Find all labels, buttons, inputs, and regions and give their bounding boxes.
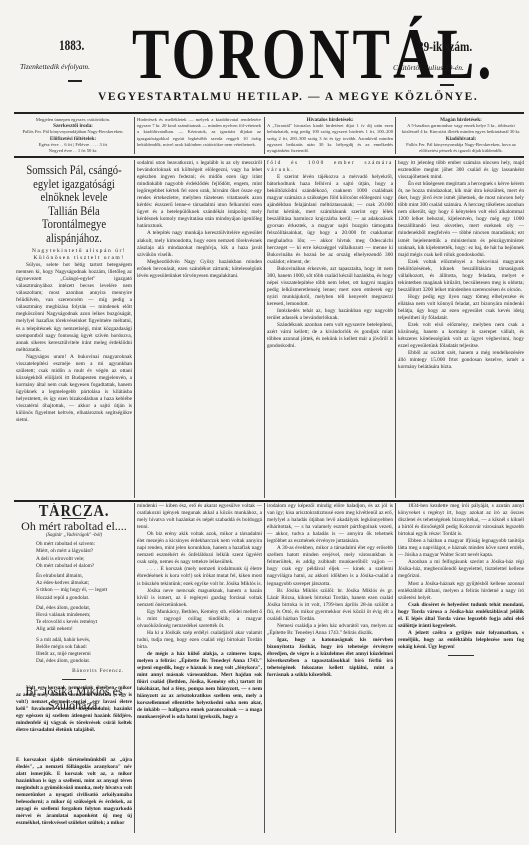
end-rule <box>448 655 474 656</box>
poem-stanza: Oh mért raboltad el szivem: Miért, oh mé… <box>36 541 132 570</box>
year: 1883. <box>59 38 84 55</box>
josika-col-3: irodalom egy képezői mindig előre haladj… <box>267 503 393 833</box>
paragraph: Nagyságos uram! A bukovinai magyaroknak … <box>16 354 132 424</box>
info-text: Pallós Fer. Pál könyvnyomdája Nagy-Becsk… <box>398 142 524 154</box>
salutation: Különösen tisztelt uram! <box>16 255 132 262</box>
newspaper-page: 1883. Tizenkettedik évfolyam. TORONTÁL. … <box>0 0 529 845</box>
josika-col-1: E korszakot újabb történelmünkből az „új… <box>16 757 132 833</box>
column-divider <box>395 160 396 498</box>
josika-col-1-intro: Volt egy korszak nemzetünk életében, mik… <box>16 685 132 757</box>
poem-line: S a mit adál, habár kevés, <box>36 637 132 644</box>
info-private-notices: Magán hirdetések: A 5-hasábos garmondsor… <box>398 117 524 154</box>
info-bottom-rule <box>14 156 524 158</box>
column-divider <box>395 503 396 833</box>
column-divider <box>395 117 396 154</box>
subtitle: VEGYESTARTALMU HETILAP. — A MEGYE KÖZLÖN… <box>98 91 478 103</box>
paragraph: sodalmi uton beavatkozni, s legalább is … <box>137 160 262 230</box>
paragraph: Megkezdődvén Nagy Győzy hazánkban minden… <box>137 259 262 280</box>
column-2-letter: sodalmi uton beavatkozni, s legalább is … <box>137 160 262 498</box>
issue-date: Csütörtök, julius 19-én. <box>393 63 464 72</box>
info-official-notices: Hivatalos hirdetések: A „Torontál" hivat… <box>267 117 393 154</box>
paragraph: Bukovinában érkezvén, azt tapasztalta, h… <box>267 266 393 308</box>
info-text: A 5-hasábos garmondsor vagy ennek helye … <box>398 123 524 135</box>
poem-author: Bánovits Ferencz. <box>16 668 132 675</box>
paragraph: Volt egy korszak nemzetünk életében, mik… <box>16 685 132 734</box>
masthead: 1883. Tizenkettedik évfolyam. TORONTÁL. … <box>0 0 529 100</box>
paragraph: mindenki — kiben ész, erő és akarat egye… <box>137 503 262 531</box>
paragraph: Ezek voltak előzményei a bukovinai magya… <box>398 259 524 294</box>
info-text: Hirdetések és mellékletek — melyek a kia… <box>137 117 261 148</box>
josika-col-4: 1834-ben kezdette meg írói pályáját, s a… <box>398 503 524 833</box>
paragraph: Oh biz erény akik voltak azok, mikor a t… <box>137 531 262 566</box>
josika-col-2: mindenki — kiben ész, erő és akarat egye… <box>137 503 262 833</box>
paragraph: Hogy pedig egy ilyen nagy tömeg elhelyez… <box>398 294 524 322</box>
issue-number: 29-ik szám. <box>418 40 472 56</box>
poem: Oh mért raboltad el szivem: Miért, oh mé… <box>16 541 132 665</box>
paragraph: irodalom egy képezői mindig előre haladj… <box>267 503 393 545</box>
poem-line: Hozzád repül a gondolat. <box>36 595 132 602</box>
poem-line: Illetőt az, mijé megteremi <box>36 651 132 658</box>
info-text: Negyed évre . . 1 frt 50 kr. <box>14 148 132 154</box>
poem-stanza: Én elrabolatd álmaim, Az édes-kedves álm… <box>36 573 132 602</box>
paragraph: Ebben a házban a magyar ifjúság legnagyo… <box>398 538 524 559</box>
paragraph: A telepítés nagy munkája keresztülvitelé… <box>137 230 262 258</box>
paragraph: Ha ki a Jósikák szép erdélyi családjáról… <box>137 630 262 651</box>
paragraph: Igaz, hogy a katonaságnak kis mérvben bi… <box>267 637 393 679</box>
poem-line: Az édes-kedves álmokat; <box>36 580 132 587</box>
info-text: A „Torontál" hivatalos kiadó hirdetései … <box>267 123 393 154</box>
paragraph: Intézkedés tehát az, hogy hazánkban egy … <box>267 308 393 322</box>
poem-line: Te elrovolld s kevés reményt <box>36 619 132 626</box>
column-divider <box>264 117 265 154</box>
poem-line: Oh mért raboltad el szivem: <box>36 541 132 548</box>
paragraph: Br. Jósika Miklós szülői: br. Jósika Mik… <box>267 588 393 623</box>
info-advertising: Hirdetések és mellékletek — melyek a kia… <box>137 117 261 154</box>
paragraph: de mégis a ház külső alakja, a czimeres … <box>137 651 262 721</box>
paragraph: E szerint lévén tájékozva a mérvadó hely… <box>267 174 393 266</box>
salutation: Nagytekintetű alispán úr! <box>16 248 132 255</box>
paragraph: A 30-as években, mikor a társadalmi élet… <box>267 545 393 587</box>
ornament-rule <box>62 679 86 680</box>
paragraph: A jelzett czélra a gyűjtés már folyamatb… <box>398 630 524 651</box>
info-publication: Megjelen ünnepen egyszer, csütörtökön. S… <box>14 117 132 154</box>
article-headline: Somssich Pál, csángó-egylet igazgatósági… <box>25 164 124 245</box>
paragraph: Most a Jósika-háznak egy gyűjtésből kell… <box>398 581 524 602</box>
column-4-letter: hogy itt jelenleg több ember számára nin… <box>398 160 524 498</box>
poem-subtitle: (Sagitár „Vadvirágok" -ból) <box>16 532 132 539</box>
poem-line: Dal, édes álom, gondolat, <box>36 605 132 612</box>
paragraph: föld és 1000 ember számára várunk. <box>267 160 393 174</box>
top-rule <box>14 112 524 114</box>
paragraph: Ezek volt első előzmény, melyben nem csa… <box>398 322 524 350</box>
poem-line: S titkon — míg hogy él, — legott <box>36 587 132 594</box>
poem-title: Oh mért raboltad el.... <box>16 523 132 530</box>
column-divider <box>134 117 135 154</box>
poem-line: Alig adál nekem! <box>36 626 132 633</box>
paragraph: Súlyos, selete hot hétig tartott betegsé… <box>16 262 132 354</box>
poem-line: Dal, édes álom, gondolat. <box>36 658 132 665</box>
tarcza-heading: TÁRCZA. <box>25 507 124 514</box>
paragraph: Ebből az oszlott szét, hanem a még rende… <box>398 350 524 371</box>
poem-line: Én elrabolatd álmaim, <box>36 573 132 580</box>
paragraph: Én ezt hűségesen megírtam a hercegnek s … <box>398 181 524 259</box>
column-divider <box>264 503 265 833</box>
info-text: Pallós Fer. Pál könyvnyomdájában Nagy-Be… <box>14 129 132 135</box>
paragraph: Egy Munkácsy, Bethlen, Kemény stb. előde… <box>137 609 262 630</box>
column-divider <box>134 503 135 833</box>
paragraph: 1834-ben kezdette meg írói pályáját, s a… <box>398 503 524 538</box>
paragraph: . . . . E korszak (mely nemzeti irodalmu… <box>137 566 262 587</box>
paragraph: Csak dicséret és helyeslést tudunk tehát… <box>398 602 524 630</box>
ornament-dash <box>440 84 454 86</box>
paragraph: E korszakot újabb történelmünkből az „új… <box>16 757 132 827</box>
volume-label: Tizenkettedik évfolyam. <box>20 62 90 71</box>
paragraph: Nemesi családja a jelen ház udvarától va… <box>267 623 393 637</box>
column-1-letter: Somssich Pál, csángó-egylet igazgatósági… <box>16 160 132 498</box>
column-divider <box>134 160 135 498</box>
paragraph: hogy itt jelenleg több ember számára nin… <box>398 160 524 181</box>
poem-line: Oh mért raboltad el dalom? <box>36 563 132 570</box>
poem-line: A deli is elrovoltt vele; <box>36 556 132 563</box>
ornament-dash <box>68 80 82 82</box>
paragraph: Szándékunk azonban nem volt egyszerre be… <box>267 322 393 350</box>
column-3-letter: föld és 1000 ember számára várunk. E sze… <box>267 160 393 498</box>
poem-line: Miért, oh mért a lágyulást? <box>36 548 132 555</box>
poem-line: Hová valának mindenem; <box>36 612 132 619</box>
section-rule <box>14 500 524 502</box>
poem-line: Belőle mégis sok fakad: <box>36 644 132 651</box>
poem-stanza: Dal, édes álom, gondolat, Hová valának m… <box>36 605 132 634</box>
column-divider <box>264 160 265 498</box>
poem-stanza: S a mit adál, habár kevés, Belőle mégis … <box>36 637 132 666</box>
paragraph: Jósika neve nemcsak magunknak, hanem a h… <box>137 588 262 609</box>
paragraph: Azonban a mi felfogásunk szerint a Jósik… <box>398 559 524 580</box>
